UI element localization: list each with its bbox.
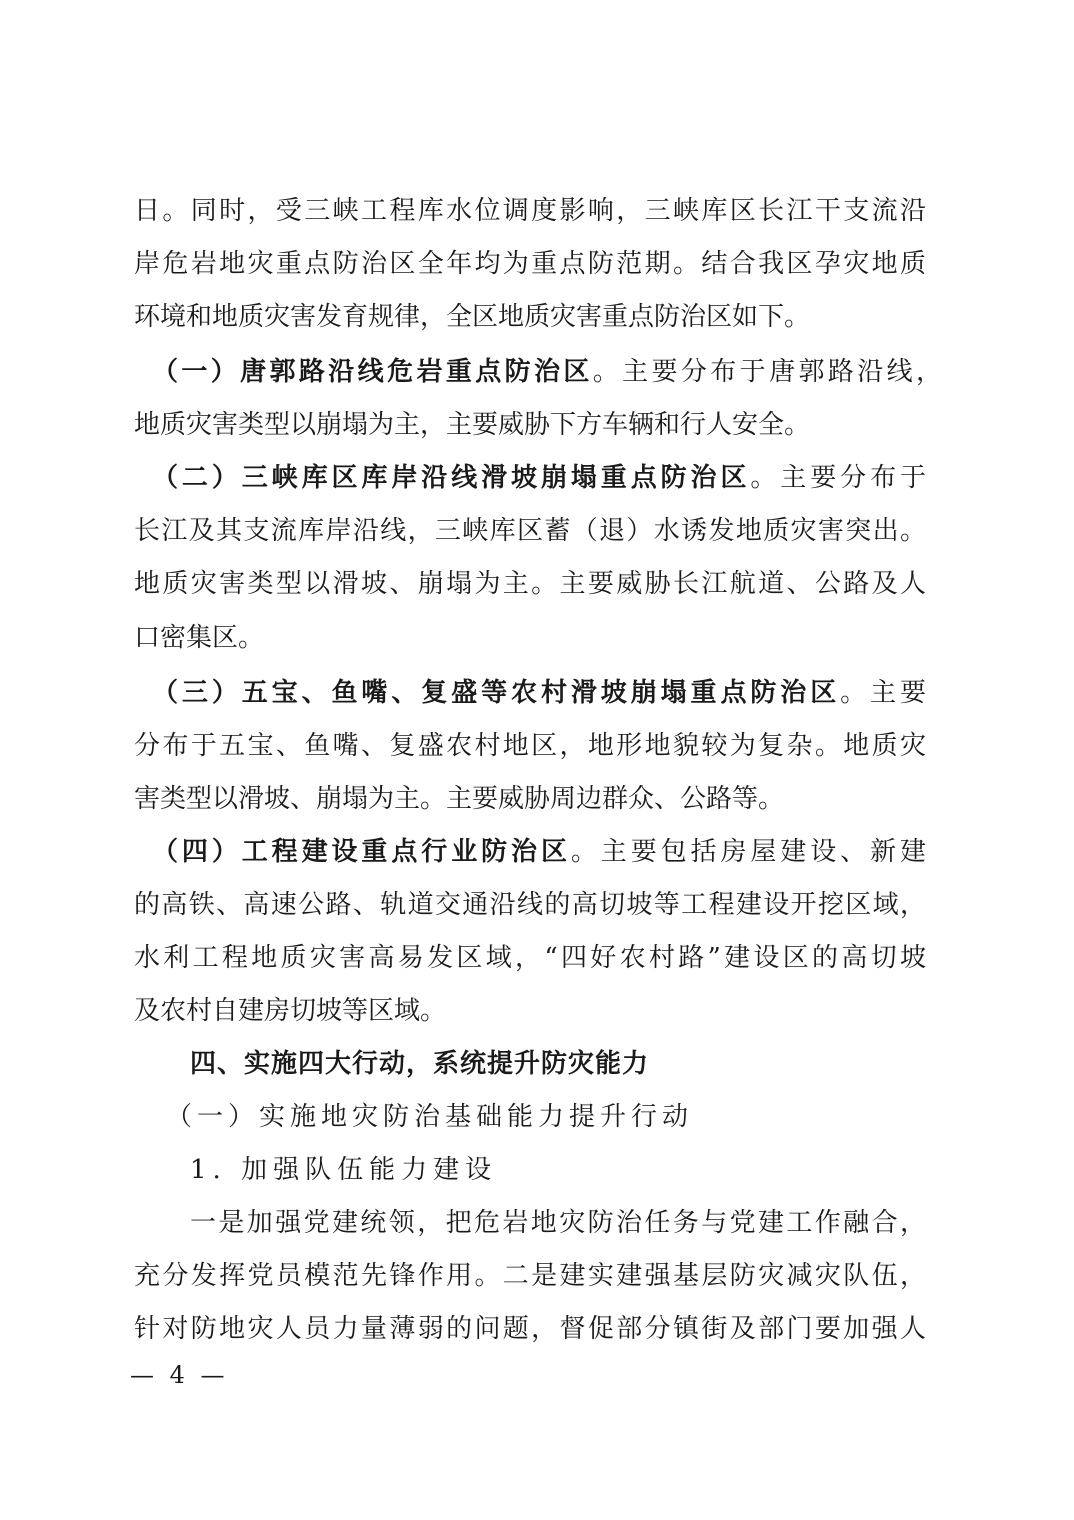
paragraph-line: 的高铁、高速公路、轨道交通沿线的高切坡等工程建设开挖区域， xyxy=(134,885,926,925)
paragraph-first-line: （一）唐郭路沿线危岩重点防治区。主要分布于唐郭路沿线， xyxy=(152,352,942,392)
zone-title-3: （三）五宝、鱼嘴、复盛等农村滑坡崩塌重点防治区 xyxy=(152,678,840,708)
document-page: 日。同时，受三峡工程库水位调度影响，三峡库区长江干支流沿 岸危岩地灾重点防治区全… xyxy=(0,0,1074,1520)
paragraph-line: 害类型以滑坡、崩塌为主。主要威胁周边群众、公路等。 xyxy=(134,779,926,819)
paragraph-line: 环境和地质灾害发育规律，全区地质灾害重点防治区如下。 xyxy=(134,297,926,337)
paragraph-text: 。主要分布于唐郭路沿线， xyxy=(593,357,942,387)
paragraph-text: 。主要分布于 xyxy=(750,463,926,493)
paragraph-text: 。主要包括房屋建设、新建 xyxy=(571,837,926,867)
paragraph-first-line: （四）工程建设重点行业防治区。主要包括房屋建设、新建 xyxy=(152,832,926,872)
page-number: — 4 — xyxy=(130,1358,229,1392)
paragraph-line: 针对防地灾人员力量薄弱的问题，督促部分镇街及部门要加强人 xyxy=(134,1309,926,1349)
paragraph-line: 水利工程地质灾害高易发区域，“四好农村路”建设区的高切坡 xyxy=(134,938,926,978)
item-heading: 1. 加强队伍能力建设 xyxy=(190,1150,497,1190)
subsection-heading: （一）实施地灾防治基础能力提升行动 xyxy=(166,1097,693,1137)
paragraph-first-line: （二）三峡库区库岸沿线滑坡崩塌重点防治区。主要分布于 xyxy=(152,458,926,498)
section-heading: 四、实施四大行动，系统提升防灾能力 xyxy=(190,1044,649,1084)
paragraph-line: 长江及其支流库岸沿线，三峡库区蓄（退）水诱发地质灾害突出。 xyxy=(134,511,926,551)
zone-title-1: （一）唐郭路沿线危岩重点防治区 xyxy=(152,357,593,387)
paragraph-line: 岸危岩地灾重点防治区全年均为重点防范期。结合我区孕灾地质 xyxy=(134,244,926,284)
paragraph-line: 充分发挥党员模范先锋作用。二是建实建强基层防灾减灾队伍， xyxy=(134,1256,926,1296)
paragraph-line: 地质灾害类型以滑坡、崩塌为主。主要威胁长江航道、公路及人 xyxy=(134,564,926,604)
paragraph-first-line: 一是加强党建统领，把危岩地灾防治任务与党建工作融合， xyxy=(190,1203,926,1243)
paragraph-line: 地质灾害类型以崩塌为主，主要威胁下方车辆和行人安全。 xyxy=(134,405,926,445)
paragraph-line: 日。同时，受三峡工程库水位调度影响，三峡库区长江干支流沿 xyxy=(134,191,926,231)
paragraph-line: 及农村自建房切坡等区域。 xyxy=(134,991,926,1031)
zone-title-2: （二）三峡库区库岸沿线滑坡崩塌重点防治区 xyxy=(152,463,750,493)
zone-title-4: （四）工程建设重点行业防治区 xyxy=(152,837,571,867)
paragraph-line: 分布于五宝、鱼嘴、复盛农村地区，地形地貌较为复杂。地质灾 xyxy=(134,726,926,766)
paragraph-text: 。主要 xyxy=(840,678,926,708)
paragraph-first-line: （三）五宝、鱼嘴、复盛等农村滑坡崩塌重点防治区。主要 xyxy=(152,673,926,713)
paragraph-line: 口密集区。 xyxy=(134,618,926,658)
